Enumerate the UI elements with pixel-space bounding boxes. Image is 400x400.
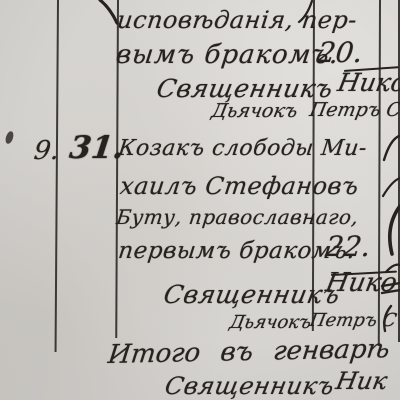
- cutoff-ink-fragments: [0, 0, 400, 400]
- metrical-book-scan: исповѣданія, пер- вымъ бракомъ. 20. Свящ…: [0, 0, 400, 400]
